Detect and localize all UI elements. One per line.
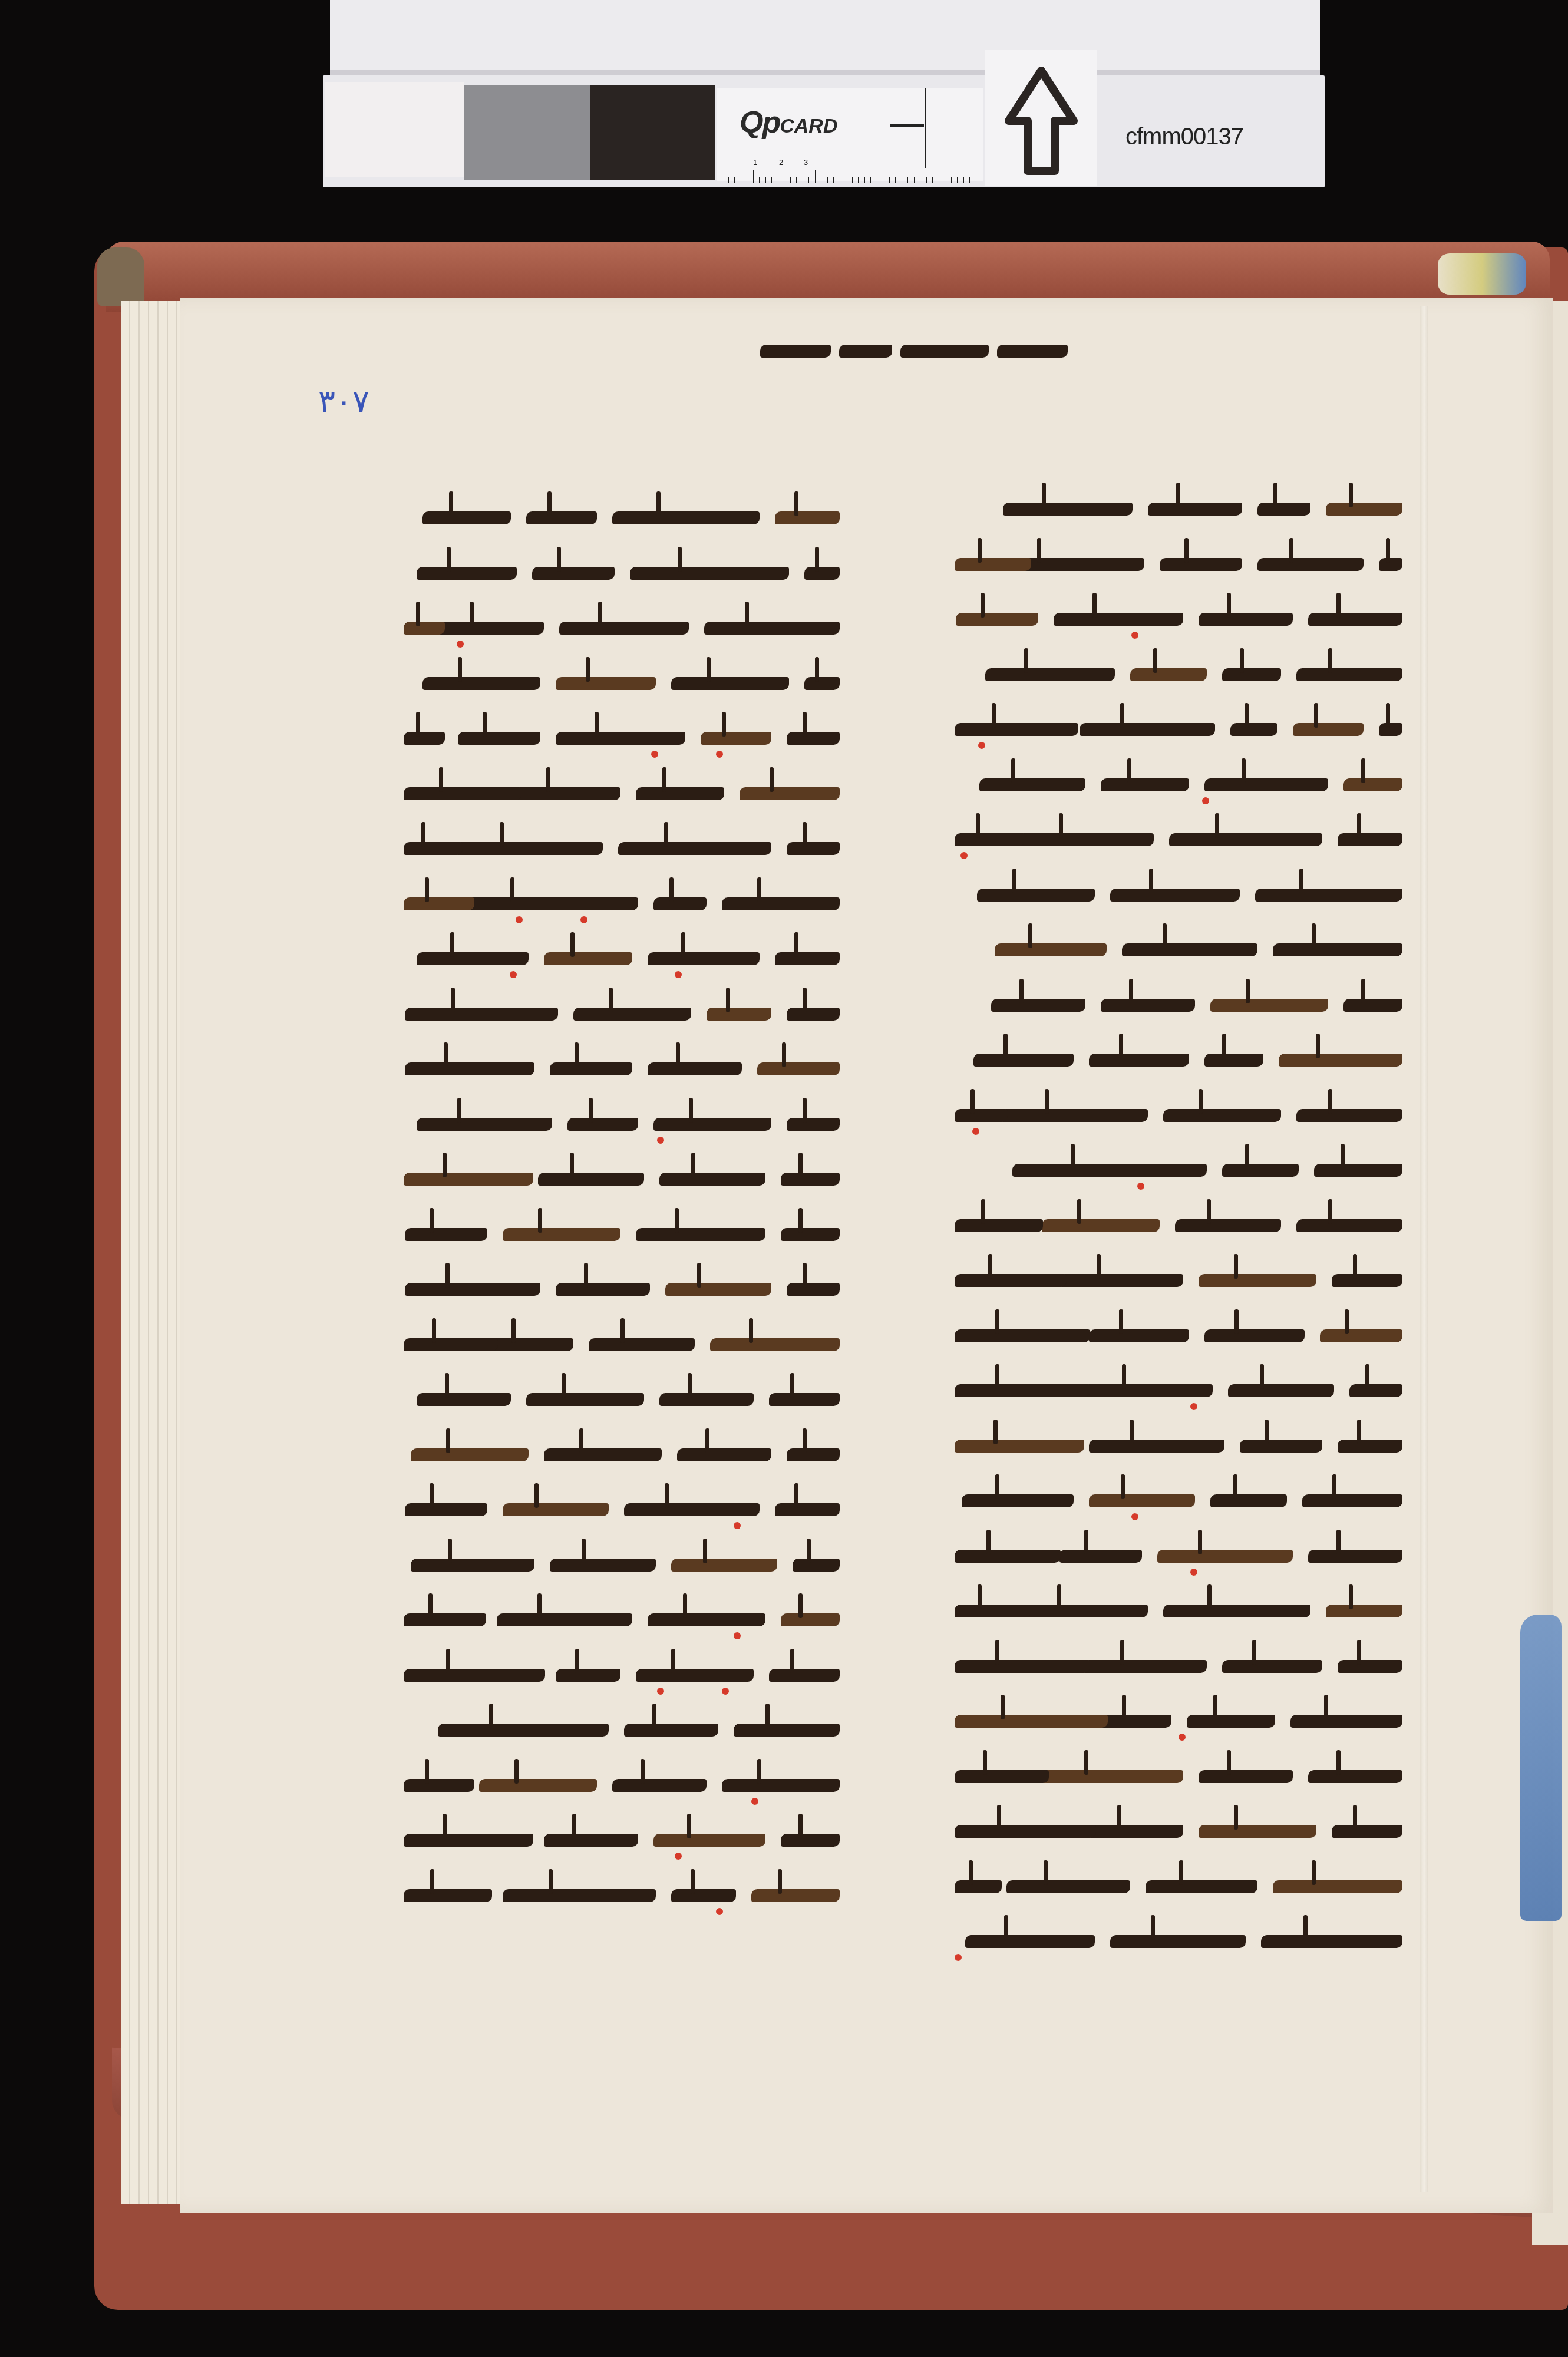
ink-word (1326, 503, 1402, 516)
ink-ascender (1353, 1805, 1357, 1830)
ruler-tick (945, 177, 945, 183)
ink-word (636, 787, 724, 800)
ink-ascender (1019, 979, 1024, 1003)
ink-ascender (662, 767, 666, 792)
ink-word (503, 1228, 620, 1241)
ink-ascender (425, 877, 429, 902)
ink-word (526, 511, 597, 524)
ruler-tick (963, 177, 964, 183)
ink-word (1255, 889, 1402, 902)
ink-word (1257, 558, 1364, 571)
ink-word (955, 1219, 1043, 1232)
manuscript-line (955, 1087, 1402, 1142)
manuscript-line (404, 985, 840, 1041)
ink-word (1089, 1825, 1183, 1838)
ink-word (1018, 1605, 1148, 1617)
ink-ascender (1361, 979, 1365, 1003)
ink-ascender (1324, 1695, 1328, 1719)
ruler-tick (827, 177, 828, 183)
ink-word (1222, 668, 1281, 681)
ink-ascender (1057, 1584, 1061, 1609)
ink-ascender (798, 1208, 803, 1233)
ink-word (648, 1613, 765, 1626)
ink-word (411, 1448, 529, 1461)
ink-word (1257, 503, 1310, 516)
ink-word (411, 1559, 534, 1572)
ink-ascender (450, 932, 454, 957)
running-header (760, 333, 1067, 368)
ink-ascender (557, 547, 561, 572)
ink-ascender (1122, 1695, 1126, 1719)
ink-ascender (988, 1254, 992, 1279)
header-ink-word (839, 345, 892, 358)
ink-word (955, 1440, 1084, 1453)
qpcard-logo-mark: Qp (740, 105, 780, 140)
ink-word (1163, 1109, 1281, 1122)
ink-ascender (1044, 1860, 1048, 1885)
ink-word (659, 1393, 754, 1406)
ink-word (636, 1669, 754, 1682)
ink-word (1228, 1384, 1334, 1397)
ink-word (1187, 1715, 1275, 1728)
ruler-tick (728, 177, 729, 183)
ink-ascender (489, 1704, 493, 1728)
ink-word (1018, 833, 1154, 846)
ink-ascender (1357, 1420, 1361, 1444)
ink-word (781, 1613, 840, 1626)
ink-ascender (1357, 1640, 1361, 1665)
ink-word (973, 1054, 1074, 1067)
ink-ascender (678, 547, 682, 572)
ink-ascender (458, 657, 462, 682)
ink-ascender (803, 1098, 807, 1123)
ink-word (962, 1494, 1074, 1507)
ink-ascender (1130, 1420, 1134, 1444)
manuscript-line (404, 820, 840, 875)
ink-ascender (1234, 1309, 1239, 1334)
ink-ascender (671, 1649, 675, 1673)
ink-word (1222, 1164, 1299, 1177)
ink-word (1296, 1109, 1402, 1122)
manuscript-line (955, 1031, 1402, 1087)
ink-ascender (430, 1208, 434, 1233)
ink-ascender (500, 822, 504, 847)
ink-ascender (1332, 1474, 1336, 1499)
ink-word (701, 732, 771, 745)
ruler-tick (747, 177, 747, 183)
ink-ascender (681, 932, 685, 957)
ruler-tick (803, 177, 803, 183)
ink-word (544, 952, 632, 965)
ink-word (532, 567, 615, 580)
ruler-tick (833, 177, 834, 183)
ink-word (775, 952, 840, 965)
manuscript-line (404, 1040, 840, 1095)
ink-ascender (1117, 1805, 1121, 1830)
ink-word (955, 1660, 1090, 1673)
ruler-tick (864, 177, 865, 183)
ink-ascender (1328, 648, 1332, 673)
ink-word (653, 1834, 765, 1847)
ink-word (1148, 503, 1242, 516)
ink-word (1279, 1054, 1402, 1067)
manuscript-line (404, 1481, 840, 1536)
ink-word (1001, 1109, 1148, 1122)
ink-ascender (782, 1042, 786, 1067)
manuscript-line (955, 536, 1402, 591)
ink-ascender (995, 1364, 999, 1389)
ink-word (665, 1283, 771, 1296)
manuscript-line (955, 1362, 1402, 1417)
rubric-dot (510, 971, 517, 978)
ink-ascender (1004, 1915, 1008, 1940)
ink-ascender (448, 1539, 452, 1563)
ink-word (1379, 723, 1402, 736)
ink-ascender (656, 491, 661, 516)
ink-ascender (1365, 1364, 1369, 1389)
ink-ascender (757, 877, 761, 902)
ink-ascender (1357, 813, 1361, 838)
ruler-tick (932, 177, 933, 183)
ink-word (1308, 613, 1402, 626)
ink-ascender (549, 1869, 553, 1894)
qpcard-logo: QpCARD (740, 105, 837, 140)
target-card-background (330, 0, 1320, 71)
ink-ascender (1349, 483, 1353, 507)
ink-ascender (1328, 1199, 1332, 1224)
rubric-dot (716, 751, 723, 758)
ruler-label-1: 1 (753, 158, 757, 167)
ink-word (648, 1062, 742, 1075)
ink-ascender (1234, 1805, 1238, 1830)
ruler-label-3: 3 (804, 158, 808, 167)
black-patch (590, 85, 715, 180)
ink-ascender (978, 1584, 982, 1609)
ink-word (1273, 1880, 1402, 1893)
ink-word (624, 1724, 718, 1737)
ink-ascender (1207, 1199, 1211, 1224)
ink-word (404, 842, 463, 855)
manuscript-line (404, 599, 840, 655)
ink-ascender (992, 703, 996, 728)
ink-ascender (1184, 538, 1189, 563)
manuscript-line (404, 1316, 840, 1371)
ink-ascender (1097, 1254, 1101, 1279)
ruler-tick (722, 177, 722, 183)
ink-ascender (675, 1208, 679, 1233)
rubric-dot (1190, 1569, 1197, 1576)
rubric-dot (675, 971, 682, 978)
ink-ascender (457, 1098, 461, 1123)
ruler-tick (951, 177, 952, 183)
ink-word (544, 1834, 638, 1847)
ink-ascender (669, 877, 674, 902)
ink-word (671, 677, 789, 690)
ink-ascender (803, 1263, 807, 1288)
ink-word (734, 1724, 840, 1737)
ink-word (1059, 1550, 1142, 1563)
text-column-right (955, 480, 1402, 1968)
ink-word (404, 1613, 486, 1626)
ink-word (995, 943, 1107, 956)
ink-word (1089, 1329, 1189, 1342)
ink-ascender (976, 813, 980, 838)
manuscript-line (955, 866, 1402, 922)
manuscript-line (404, 1701, 840, 1757)
ink-ascender (446, 1649, 450, 1673)
ink-word (704, 622, 840, 635)
ink-word (757, 1062, 840, 1075)
ink-ascender (584, 1263, 588, 1288)
ink-ascender (688, 1373, 692, 1398)
ink-ascender (1328, 1089, 1332, 1114)
manuscript-line (404, 1371, 840, 1426)
ink-ascender (445, 1373, 449, 1398)
ruler-tick (877, 170, 877, 183)
ink-ascender (514, 1759, 519, 1784)
manuscript-line (955, 1252, 1402, 1307)
page-fold-line (1420, 306, 1428, 2192)
ink-ascender (722, 712, 726, 737)
ink-ascender (570, 932, 575, 957)
manuscript-line (955, 1858, 1402, 1913)
ink-word (405, 1062, 534, 1075)
ink-word (1199, 1825, 1316, 1838)
ink-ascender (430, 1869, 434, 1894)
ink-ascender (978, 538, 982, 563)
text-column-left (404, 489, 840, 1922)
ink-word (404, 1669, 545, 1682)
ink-ascender (1153, 648, 1157, 673)
ink-ascender (1336, 1750, 1341, 1775)
ink-ascender (1312, 1860, 1316, 1885)
ink-word (1101, 778, 1189, 791)
ink-word (1101, 1715, 1171, 1728)
ink-ascender (1303, 1915, 1308, 1940)
ink-word (455, 897, 638, 910)
manuscript-line (955, 1141, 1402, 1197)
ink-word (1199, 1274, 1316, 1287)
ink-ascender (483, 712, 487, 737)
ink-word (417, 1118, 552, 1131)
ink-word (804, 567, 840, 580)
ink-word (1222, 1660, 1322, 1673)
ruler-tick (902, 177, 902, 183)
manuscript-line (955, 1638, 1402, 1693)
rubric-dot (955, 1954, 962, 1961)
ink-ascender (687, 1814, 691, 1838)
rubric-dot (734, 1522, 741, 1529)
ink-ascender (1077, 1199, 1081, 1224)
ink-ascender (1122, 1364, 1126, 1389)
ink-ascender (1299, 869, 1303, 893)
ink-ascender (1003, 1034, 1008, 1058)
ink-ascender (1361, 758, 1365, 783)
manuscript-line (955, 646, 1402, 701)
ink-ascender (983, 1750, 987, 1775)
ink-word (671, 1559, 777, 1572)
ruler-tick (734, 177, 735, 183)
ink-word (710, 1338, 840, 1351)
ruler-tick (753, 170, 754, 183)
ruler-tick (741, 177, 741, 183)
ink-ascender (575, 1042, 579, 1067)
manuscript-line (955, 811, 1402, 866)
rubric-dot (1131, 632, 1138, 639)
ink-word (479, 1779, 597, 1792)
rubric-dot (1137, 1183, 1144, 1190)
header-ink-word (760, 345, 831, 358)
ink-word (1308, 1550, 1402, 1563)
ink-word (804, 677, 840, 690)
manuscript-line (955, 1582, 1402, 1638)
ruler-tick (889, 177, 890, 183)
ink-ascender (997, 1805, 1001, 1830)
ink-word (1379, 558, 1402, 571)
ink-word (417, 1393, 511, 1406)
ink-ascender (726, 988, 730, 1012)
ruler-tick (914, 177, 915, 183)
ink-word (1169, 833, 1322, 846)
ink-word (1326, 1605, 1402, 1617)
ink-ascender (445, 1263, 450, 1288)
manuscript-line (955, 1417, 1402, 1473)
ink-word (1199, 1770, 1293, 1783)
ruler-tick (796, 177, 797, 183)
ink-word (612, 511, 760, 524)
ink-word (955, 1329, 1090, 1342)
ink-word (955, 1109, 1008, 1122)
ink-word (417, 952, 529, 965)
ink-ascender (815, 657, 819, 682)
manuscript-line (955, 1472, 1402, 1527)
ink-ascender (794, 1483, 798, 1508)
ink-word (404, 1834, 533, 1847)
ink-word (1204, 778, 1328, 791)
ink-ascender (697, 1263, 701, 1288)
ink-word (438, 1724, 609, 1737)
ruler-tick (759, 177, 760, 183)
ink-word (404, 897, 474, 910)
ink-word (589, 1338, 695, 1351)
ink-ascender (1213, 1695, 1217, 1719)
rubric-dot (1190, 1403, 1197, 1410)
ink-ascender (1119, 1309, 1123, 1334)
ink-word (648, 952, 760, 965)
ink-ascender (421, 822, 425, 847)
ink-ascender (1245, 703, 1249, 728)
ink-word (405, 1503, 487, 1516)
ink-ascender (451, 988, 455, 1012)
ink-word (503, 1889, 656, 1902)
ink-word (1338, 1660, 1402, 1673)
ink-ascender (1215, 813, 1219, 838)
ink-word (514, 787, 620, 800)
ink-word (1296, 668, 1402, 681)
headband-left (97, 247, 144, 306)
header-ink-word (997, 345, 1068, 358)
rubric-dot (716, 1908, 723, 1915)
ink-ascender (443, 1153, 447, 1177)
ink-word (503, 1503, 609, 1516)
ink-ascender (1227, 1750, 1231, 1775)
ink-word (636, 1228, 765, 1241)
ink-ascender (1045, 1089, 1049, 1114)
ink-ascender (430, 1483, 434, 1508)
ink-word (455, 842, 603, 855)
ink-word (485, 1338, 573, 1351)
ink-ascender (1240, 648, 1244, 673)
folio-number: ٣٠٧ (318, 383, 369, 420)
ruler-label-2: 2 (779, 158, 783, 167)
ruler-tick (784, 177, 784, 183)
centimeter-ruler (722, 171, 975, 183)
ink-ascender (582, 1539, 586, 1563)
ink-word (955, 1550, 1061, 1563)
ruler-tick (778, 177, 778, 183)
ink-ascender (1151, 1915, 1155, 1940)
ink-word (787, 1008, 840, 1021)
ink-ascender (579, 1428, 583, 1453)
ink-ascender (1092, 593, 1097, 618)
ink-ascender (510, 877, 514, 902)
ink-word (630, 567, 789, 580)
ink-word (556, 732, 685, 745)
ink-word (781, 1173, 840, 1186)
shelfmark-label: cfmm00137 (1125, 124, 1243, 150)
ink-word (769, 1669, 840, 1682)
manuscript-line (404, 655, 840, 710)
ink-ascender (803, 822, 807, 847)
ink-ascender (1312, 923, 1316, 948)
ink-word (556, 1669, 620, 1682)
rubric-dot (1202, 797, 1209, 804)
ink-word (1003, 503, 1133, 516)
ink-ascender (1242, 758, 1246, 783)
ink-word (1349, 1384, 1402, 1397)
ink-word (1160, 558, 1242, 571)
ink-ascender (1252, 1640, 1256, 1665)
ink-ascender (447, 547, 451, 572)
manuscript-line (404, 709, 840, 765)
ink-word (707, 1008, 771, 1021)
ink-word (781, 1228, 840, 1241)
ink-word (1080, 723, 1215, 736)
ink-ascender (1127, 758, 1131, 783)
ink-word (544, 1448, 662, 1461)
ruler-tick (957, 177, 958, 183)
ink-ascender (1314, 703, 1318, 728)
ink-ascender (1289, 538, 1293, 563)
ink-ascender (798, 1593, 803, 1618)
ink-ascender (1028, 923, 1032, 948)
ink-ascender (1163, 923, 1167, 948)
ink-ascender (598, 602, 602, 626)
ink-word (979, 778, 1085, 791)
ink-ascender (1245, 1144, 1249, 1168)
manuscript-line (404, 489, 840, 544)
manuscript-line (404, 1260, 840, 1316)
ink-ascender (1024, 648, 1028, 673)
ink-ascender (993, 1420, 998, 1444)
ink-word (422, 677, 540, 690)
ink-word (781, 1834, 840, 1847)
ink-word (1204, 1054, 1263, 1067)
ink-ascender (1386, 703, 1390, 728)
ink-ascender (986, 1530, 991, 1554)
ink-ascender (1345, 1309, 1349, 1334)
ink-word (497, 1613, 632, 1626)
